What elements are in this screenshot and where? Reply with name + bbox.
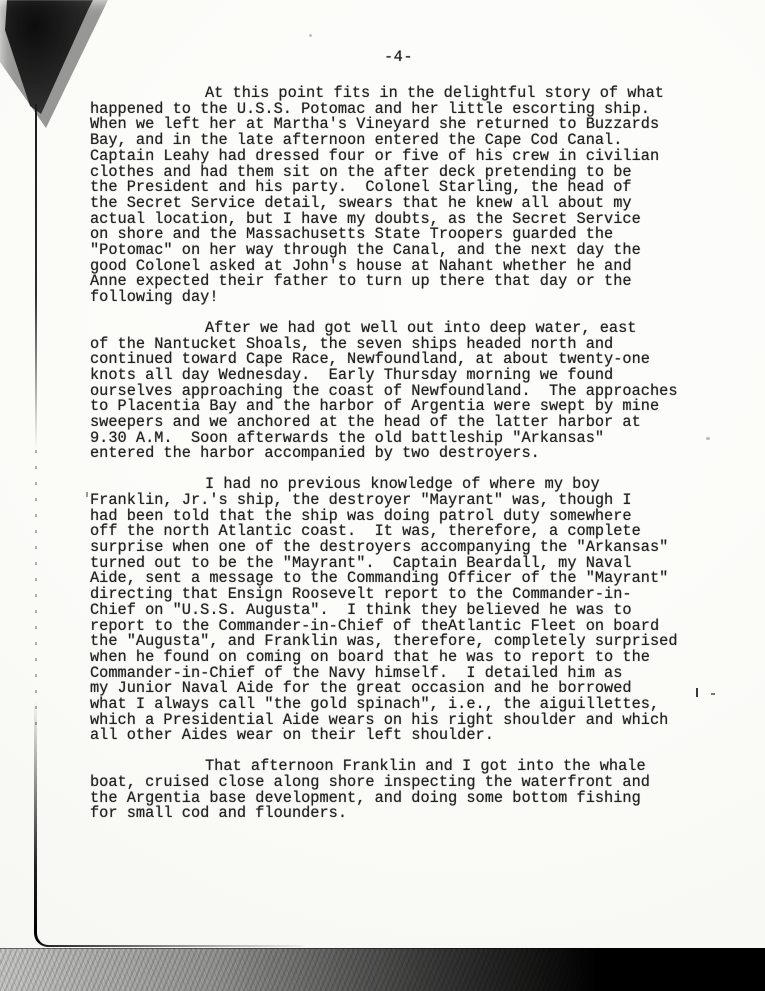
scan-bottom-edge-line [48,945,303,947]
scan-left-edge-line-bottom [34,700,37,932]
scan-bottom-dark-band [0,948,765,991]
scan-left-edge-line-top [35,104,37,449]
scan-speck [86,492,88,497]
scanned-document-page: -4- At this point fits in the delightful… [0,0,765,991]
scan-speck [309,34,312,37]
paragraph-potomac-story: At this point fits in the delightful sto… [90,86,715,306]
scan-left-edge-line-middle [35,450,37,730]
document-body: At this point fits in the delightful sto… [90,86,715,837]
paragraph-voyage-to-argentia: After we had got well out into deep wate… [90,321,715,462]
paragraph-franklin-mayrant: I had no previous knowledge of where my … [90,477,715,744]
scan-left-edge-corner-curve [34,926,50,947]
page-number: -4- [384,48,413,66]
paragraph-whale-boat: That afternoon Franklin and I got into t… [90,759,715,822]
